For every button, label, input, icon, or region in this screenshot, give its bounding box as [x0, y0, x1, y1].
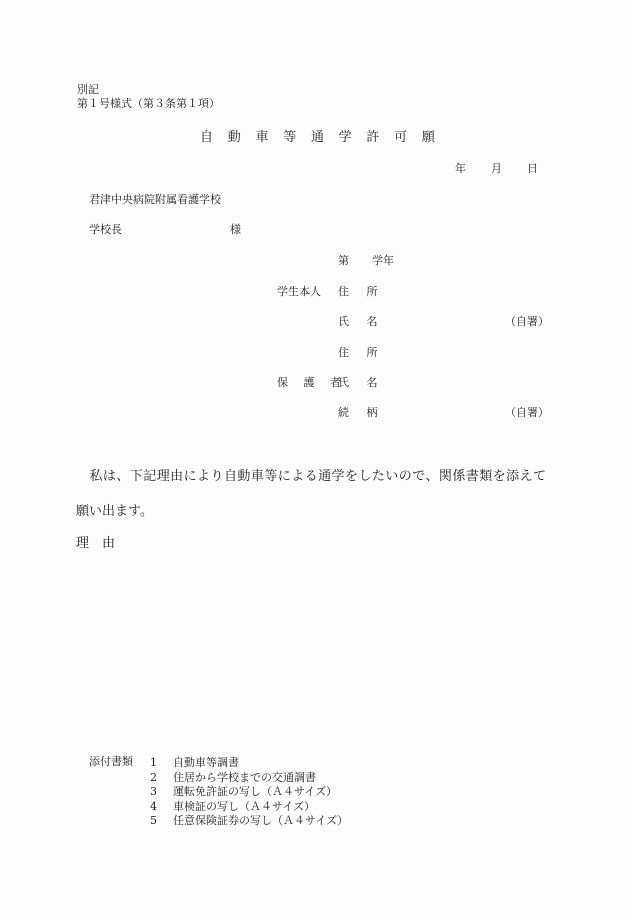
guardian-signature-note: （自署） — [505, 407, 549, 418]
request-statement-line1: 私は、下記理由により自動車等による通学をしたいので、関係書類を添えて — [76, 470, 547, 483]
student-signature-note: （自署） — [505, 316, 549, 327]
list-item: 4 車検証の写し（Ａ４サイズ） — [150, 800, 348, 815]
list-item: 5 任意保険証券の写し（Ａ４サイズ） — [150, 814, 348, 829]
title-char: 自 — [200, 131, 213, 144]
title-char: 可 — [394, 131, 407, 144]
title-char: 許 — [366, 131, 379, 144]
year-label: 年 — [455, 163, 466, 174]
student-section-label: 学生本人 — [277, 286, 321, 297]
list-item: 1 自動車等調書 — [150, 756, 348, 771]
guardian-name-label: 氏 名 — [338, 377, 385, 388]
form-number: 第１号様式（第３条第１項） — [77, 98, 220, 109]
title-char: 等 — [283, 131, 296, 144]
grade-suffix: 学年 — [372, 255, 394, 266]
principal-label: 学校長 — [89, 224, 122, 235]
reason-label: 理 由 — [76, 537, 115, 550]
month-label: 月 — [491, 163, 502, 174]
school-name: 君津中央病院附属看護学校 — [89, 194, 221, 205]
item-text: 任意保険証券の写し（Ａ４サイズ） — [173, 814, 348, 829]
item-text: 住居から学校までの交通調書 — [173, 771, 316, 786]
day-label: 日 — [527, 163, 538, 174]
attachments-label: 添付書類 — [89, 756, 133, 767]
grade-prefix: 第 — [338, 255, 349, 266]
list-item: 2 住居から学校までの交通調書 — [150, 771, 348, 786]
student-name-label: 氏 名 — [338, 316, 385, 327]
item-number: 2 — [150, 771, 173, 786]
item-number: 5 — [150, 814, 173, 829]
list-item: 3 運転免許証の写し（Ａ４サイズ） — [150, 785, 348, 800]
item-number: 4 — [150, 800, 173, 815]
title-char: 車 — [255, 131, 268, 144]
request-statement-line2: 願い出ます。 — [76, 505, 153, 518]
annex-label: 別記 — [77, 84, 99, 95]
guardian-section-label: 保 護 者 — [277, 377, 347, 388]
honorific: 様 — [230, 224, 241, 235]
guardian-address-label: 住 所 — [338, 347, 385, 358]
guardian-relation-label: 続 柄 — [338, 407, 385, 418]
title-char: 願 — [422, 131, 435, 144]
attachments-list: 1 自動車等調書 2 住居から学校までの交通調書 3 運転免許証の写し（Ａ４サイ… — [150, 756, 348, 829]
document-title: 自 動 車 等 通 学 許 可 願 — [200, 131, 435, 144]
item-text: 車検証の写し（Ａ４サイズ） — [173, 800, 315, 815]
title-char: 学 — [339, 131, 352, 144]
item-number: 1 — [150, 756, 173, 771]
item-number: 3 — [150, 785, 173, 800]
title-char: 動 — [228, 131, 241, 144]
title-char: 通 — [311, 131, 324, 144]
student-address-label: 住 所 — [338, 286, 385, 297]
item-text: 運転免許証の写し（Ａ４サイズ） — [173, 785, 337, 800]
item-text: 自動車等調書 — [173, 756, 239, 771]
date-fields: 年 月 日 — [455, 163, 538, 174]
